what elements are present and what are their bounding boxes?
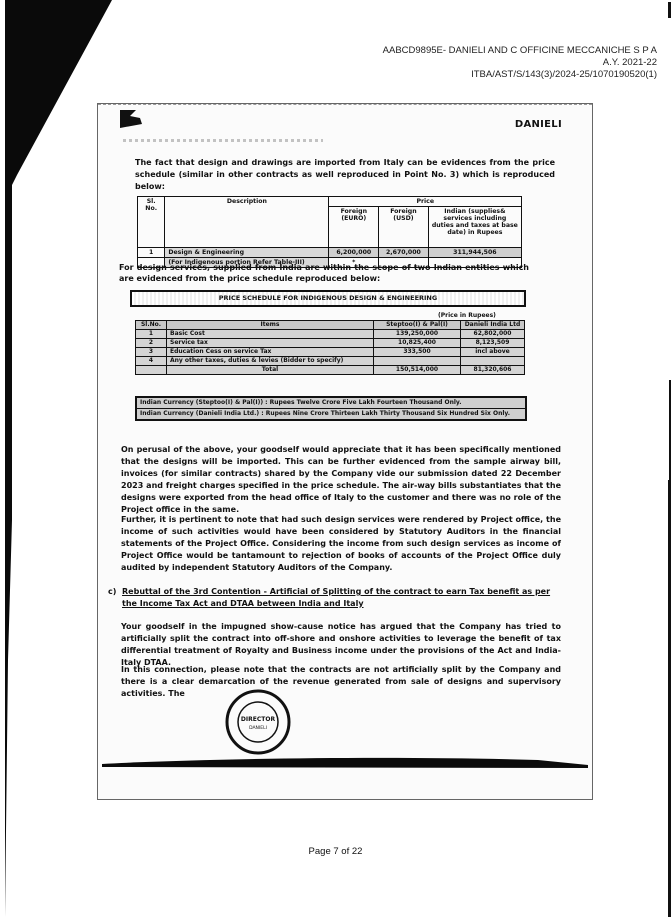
- col-description: Description: [165, 197, 329, 248]
- connection-paragraph: In this connection, please note that the…: [121, 664, 561, 700]
- table-row: 3 Education Cess on service Tax 333,500 …: [136, 348, 525, 357]
- company-seal-icon: DIRECTOR DANIELI: [224, 688, 292, 756]
- table-row: 2 Service tax 10,825,400 8,123,509: [136, 339, 525, 348]
- header-reference-number: ITBA/AST/S/143(3)/2024-25/1070190520(1): [383, 69, 657, 81]
- svg-text:DIRECTOR: DIRECTOR: [241, 716, 276, 723]
- indigenous-schedule-title: PRICE SCHEDULE FOR INDIGENOUS DESIGN & E…: [130, 290, 526, 307]
- perusal-paragraph: On perusal of the above, your goodself w…: [121, 444, 561, 516]
- scanned-page: DANIELI The fact that design and drawing…: [97, 103, 593, 800]
- header-assessee: AABCD9895E- DANIELI AND C OFFICINE MECCA…: [383, 45, 657, 57]
- col-price: Price: [329, 197, 522, 207]
- danieli-logo-icon: [120, 110, 148, 128]
- letterhead-divider: [123, 139, 323, 142]
- table-row: 4 Any other taxes, duties & levies (Bidd…: [136, 357, 525, 366]
- section-c-label: c): [108, 586, 116, 598]
- brand-name: DANIELI: [515, 119, 562, 130]
- col-sl: Sl. No.: [138, 197, 165, 248]
- scan-bottom-shadow: [98, 754, 592, 770]
- table-row-total: Total 150,514,000 81,320,606: [136, 366, 525, 375]
- price-table: Sl. No. Description Price Foreign (EURO)…: [137, 196, 522, 268]
- table-row: 1 Design & Engineering 6,200,000 2,670,0…: [138, 248, 522, 258]
- indian-scope-paragraph: For design services, supplied from India…: [119, 262, 529, 284]
- col-indian: Indian (supplies& services including dut…: [428, 207, 521, 248]
- indigenous-price-table: Sl.No. Items Steptoo(I) & Pal(I) Danieli…: [135, 320, 525, 375]
- section-c-heading: c) Rebuttal of the 3rd Contention - Arti…: [108, 586, 563, 610]
- section-c-title: Rebuttal of the 3rd Contention - Artific…: [122, 586, 563, 610]
- intro-paragraph: The fact that design and drawings are im…: [135, 157, 555, 193]
- svg-text:DANIELI: DANIELI: [249, 725, 267, 731]
- header-assessment-year: A.Y. 2021-22: [383, 57, 657, 69]
- col-foreign-usd: Foreign (USD): [379, 207, 429, 248]
- amount-in-words-danieli: Indian Currency (Danieli India Ltd.) : R…: [137, 408, 525, 419]
- amount-in-words-box: Indian Currency (Steptoo(I) & Pal(I)) : …: [135, 396, 527, 421]
- col-foreign-euro: Foreign (EURO): [329, 207, 379, 248]
- page-number: Page 7 of 22: [0, 846, 671, 857]
- goodself-paragraph: Your goodself in the impugned show-cause…: [121, 621, 561, 669]
- price-unit-note: (Price in Rupees): [438, 312, 496, 319]
- document-header: AABCD9895E- DANIELI AND C OFFICINE MECCA…: [383, 45, 657, 81]
- further-paragraph: Further, it is pertinent to note that ha…: [121, 514, 561, 574]
- scan-shadow-right: [667, 0, 671, 917]
- table-row: 1 Basic Cost 139,250,000 62,802,000: [136, 330, 525, 339]
- amount-in-words-steptoo: Indian Currency (Steptoo(I) & Pal(I)) : …: [137, 398, 525, 408]
